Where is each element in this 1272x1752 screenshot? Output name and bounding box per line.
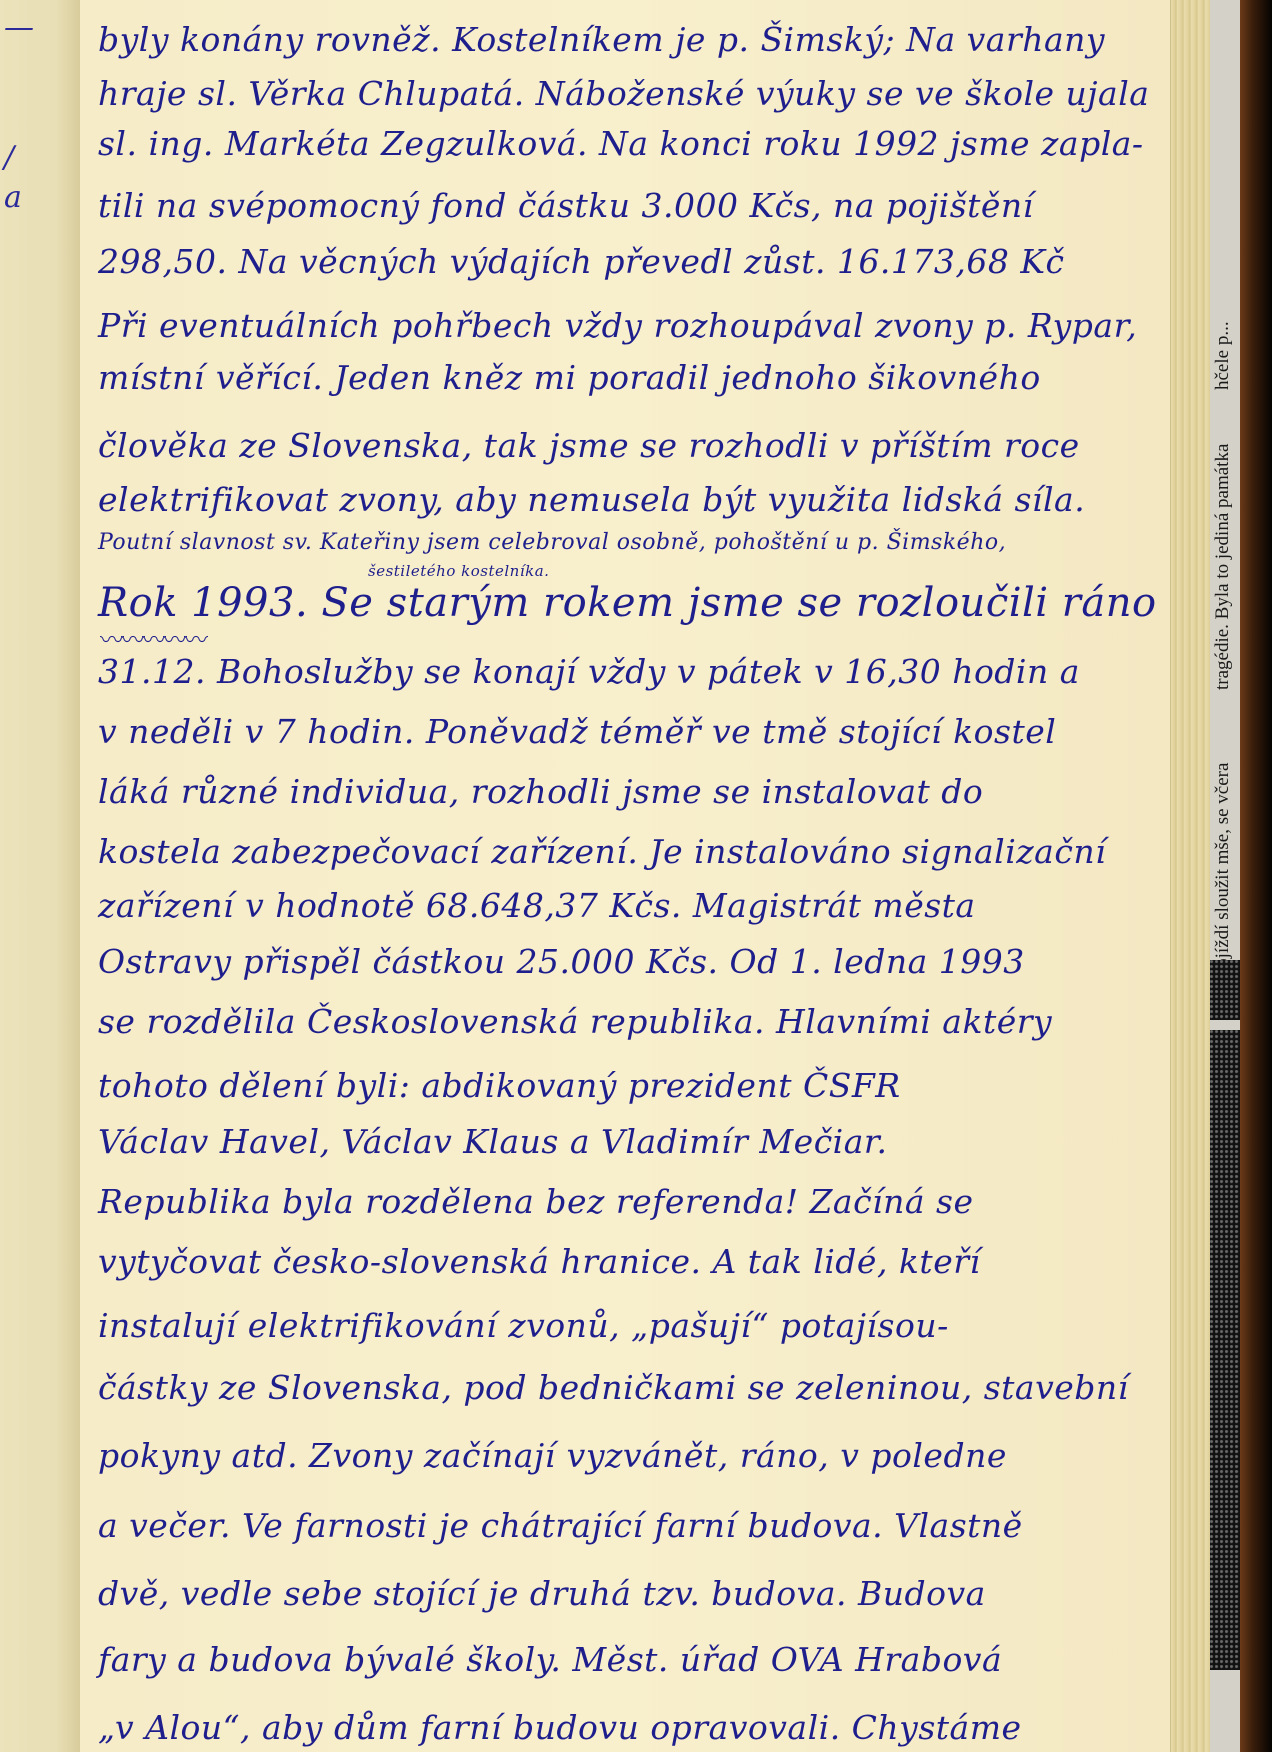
heading-wavy-underline: 〰〰〰〰〰: [100, 620, 205, 655]
clipping-text: hčele p...: [1212, 140, 1238, 390]
text-line: částky ze Slovenska, pod bedničkami se z…: [98, 1368, 1129, 1407]
text-line: místní věřící. Jeden kněz mi poradil jed…: [98, 358, 1041, 397]
text-line: vytyčovat česko-slovenská hranice. A tak…: [98, 1242, 981, 1281]
text-line: Ostravy přispěl částkou 25.000 Kčs. Od 1…: [98, 942, 1025, 981]
insertion-note: šestiletého kostelníka.: [368, 562, 549, 580]
clipping-photo: [1210, 1030, 1240, 1670]
margin-mark: —: [4, 10, 34, 45]
text-line: Republika byla rozdělena bez referenda! …: [98, 1182, 974, 1221]
text-line: pokyny atd. Zvony začínají vyzvánět, rán…: [98, 1436, 1007, 1475]
text-line: dvě, vedle sebe stojící je druhá tzv. bu…: [98, 1574, 986, 1613]
stacked-page-edges: [1170, 0, 1211, 1752]
text-line: kostela zabezpečovací zařízení. Je insta…: [98, 832, 1106, 871]
text-line: elektrifikovat zvony, aby nemusela být v…: [98, 480, 1085, 519]
facing-page-edge: — / a: [0, 0, 82, 1752]
text-line: byly konány rovněž. Kostelníkem je p. Ši…: [98, 20, 1105, 59]
text-line: „v Alou“, aby dům farní budovu opravoval…: [98, 1708, 1022, 1747]
text-line: člověka ze Slovenska, tak jsme se rozhod…: [98, 426, 1080, 465]
text-line: fary a budova bývalé školy. Měst. úřad O…: [98, 1640, 1002, 1679]
text-line: instalují elektrifikování zvonů, „pašují…: [98, 1306, 949, 1345]
text-line: sl. ing. Markéta Zegzulková. Na konci ro…: [98, 124, 1144, 163]
clipping-text: tragédie. Byla to jediná památka: [1212, 390, 1238, 690]
text-line: 298,50. Na věcných výdajích převedl zůst…: [98, 242, 1065, 281]
text-line: v neděli v 7 hodin. Poněvadž téměř ve tm…: [98, 712, 1056, 751]
clipping-photo-band: [1210, 960, 1240, 1020]
book-cover-edge: [1240, 0, 1272, 1752]
margin-mark: /: [4, 140, 14, 175]
text-line: a večer. Ve farnosti je chátrající farní…: [98, 1506, 1023, 1545]
newspaper-clipping-strip: hčele p... tragédie. Byla to jediná pamá…: [1210, 0, 1240, 1752]
text-line: zařízení v hodnotě 68.648,37 Kčs. Magist…: [98, 886, 976, 925]
text-line: Václav Havel, Václav Klaus a Vladimír Me…: [98, 1122, 888, 1161]
text-line: hraje sl. Věrka Chlupatá. Náboženské výu…: [98, 74, 1149, 113]
clipping-text: ně dojíždí sloužit mše, se včera: [1212, 700, 1238, 1000]
year-heading-line: Rok 1993. Se starým rokem jsme se rozlou…: [98, 580, 1157, 626]
text-line: Poutní slavnost sv. Kateřiny jsem celebr…: [98, 530, 1006, 555]
margin-mark: a: [4, 180, 22, 215]
text-line: se rozdělila Československá republika. H…: [98, 1002, 1052, 1041]
chronicle-page: byly konány rovněž. Kostelníkem je p. Ši…: [80, 0, 1170, 1752]
text-line: láká různé individua, rozhodli jsme se i…: [98, 772, 983, 811]
text-line: 31.12. Bohoslužby se konají vždy v pátek…: [98, 652, 1080, 691]
text-line: Při eventuálních pohřbech vždy rozhoupáv…: [98, 306, 1137, 345]
text-line: tili na svépomocný fond částku 3.000 Kčs…: [98, 186, 1034, 225]
text-line: tohoto dělení byli: abdikovaný prezident…: [98, 1066, 901, 1105]
